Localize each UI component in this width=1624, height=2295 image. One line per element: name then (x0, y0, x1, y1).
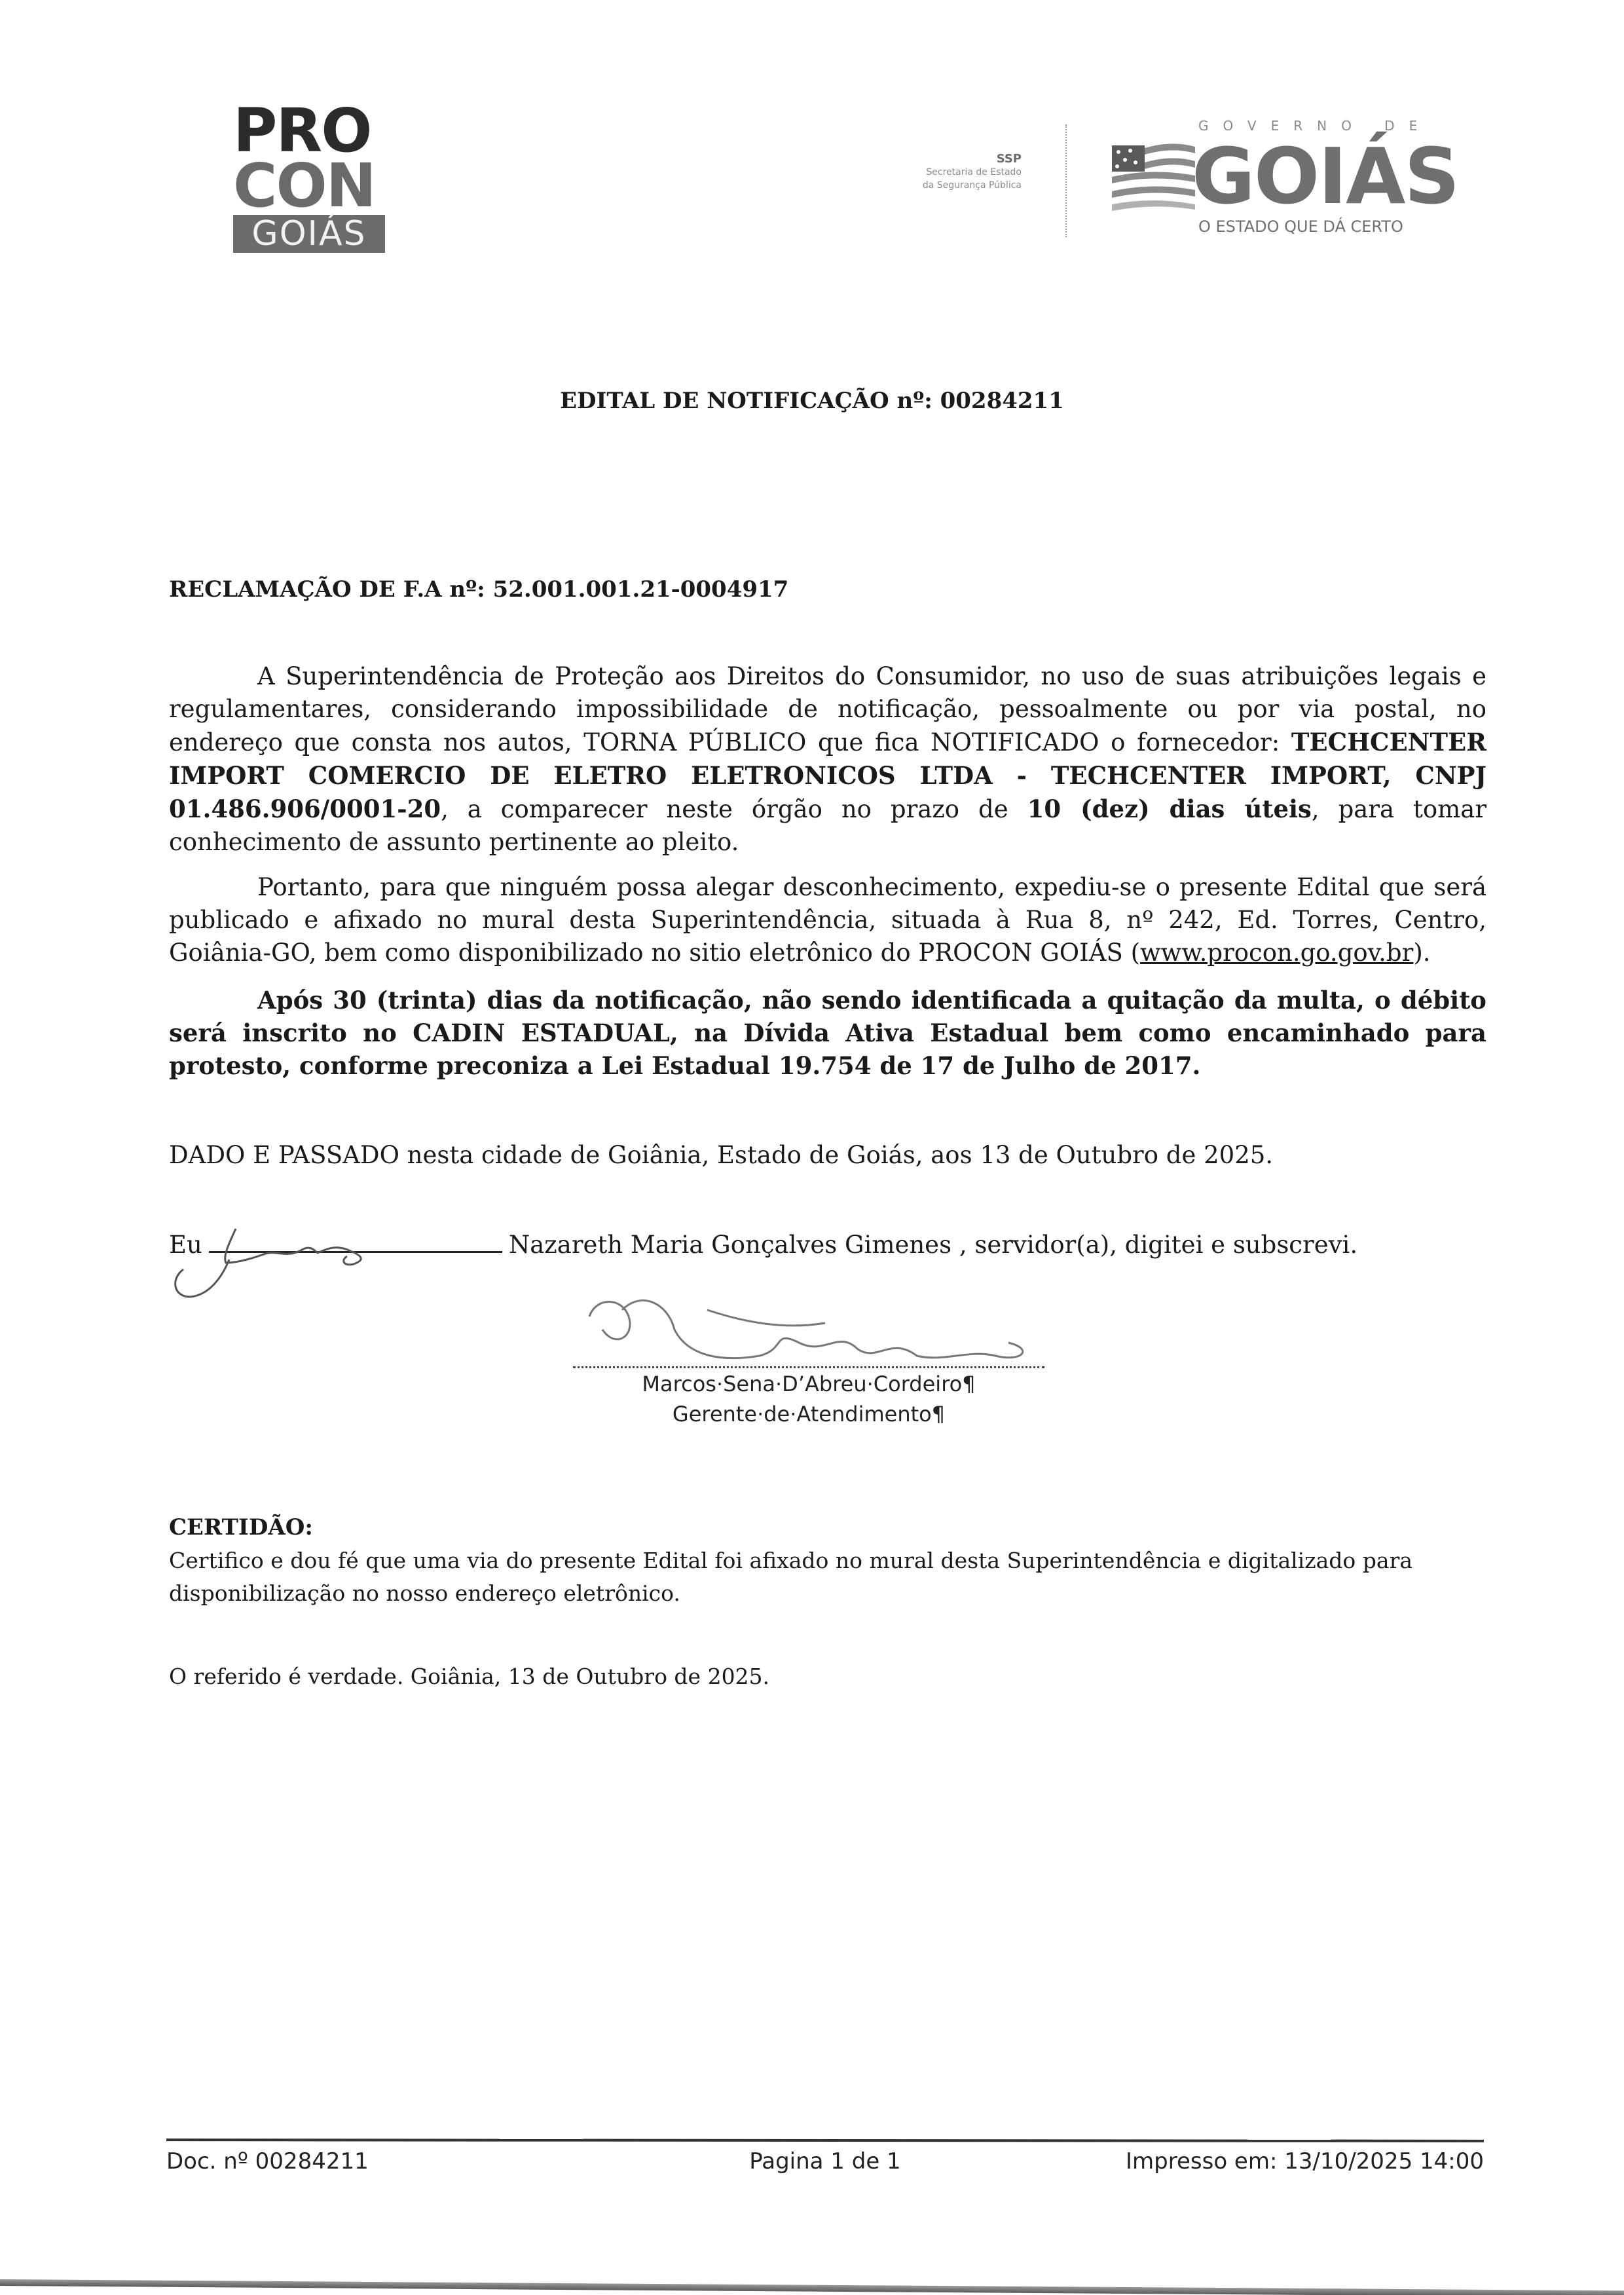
servidor-name: Nazareth Maria Gonçalves Gimenes , servi… (509, 1231, 1357, 1259)
certidao-body: Certifico e dou fé que uma via do presen… (169, 1544, 1413, 1610)
ssp-line2: da Segurança Pública (864, 179, 1022, 192)
ssp-logo: SSP Secretaria de Estado da Segurança Pú… (864, 152, 1022, 192)
logo-con: CON (233, 160, 388, 212)
paragraph-cadin-warning: Após 30 (trinta) dias da notificação, nã… (169, 984, 1486, 1082)
logo-pro: PRO (233, 105, 388, 157)
dado-passado: DADO E PASSADO nesta cidade de Goiânia, … (169, 1141, 1273, 1169)
servidor-signature-icon (164, 1223, 426, 1302)
certidao-title: CERTIDÃO: (169, 1514, 313, 1540)
manager-block: Marcos·Sena·D’Abreu·Cordeiro¶ Gerente·de… (573, 1369, 1044, 1429)
header-divider (1065, 124, 1067, 237)
manager-name: Marcos·Sena·D’Abreu·Cordeiro¶ (573, 1369, 1044, 1399)
procon-goias-logo: PRO CON GOIÁS (233, 105, 388, 254)
referido-statement: O referido é verdade. Goiânia, 13 de Out… (169, 1664, 769, 1689)
deadline: 10 (dez) dias úteis (1027, 794, 1312, 823)
footer-divider (166, 2138, 1484, 2142)
goias-flag-icon (1107, 139, 1198, 211)
governo-goias-logo: GOVERNO DE GOIÁS O ESTADO QUE DÁ CERTO (1107, 118, 1454, 242)
paragraph-notification: A Superintendência de Proteção aos Direi… (169, 660, 1486, 859)
edital-title: EDITAL DE NOTIFICAÇÃO nº: 00284211 (0, 388, 1624, 414)
scan-edge-shadow (0, 2279, 1624, 2295)
footer-printed-date: Impresso em: 13/10/2025 14:00 (1126, 2148, 1484, 2174)
gov-slogan: O ESTADO QUE DÁ CERTO (1198, 217, 1403, 236)
p1-intro: A Superintendência de Proteção aos Direi… (169, 662, 1486, 756)
manager-signature-line (573, 1366, 1044, 1368)
ssp-acronym: SSP (864, 152, 1022, 166)
logo-goias-band: GOIÁS (233, 215, 385, 253)
p3-text: Após 30 (trinta) dias da notificação, nã… (169, 984, 1486, 1082)
procon-website-link[interactable]: www.procon.go.gov.br (1140, 939, 1413, 967)
manager-role: Gerente·de·Atendimento¶ (573, 1399, 1044, 1429)
manager-signature-icon (576, 1290, 1074, 1369)
gov-goias-word: GOIÁS (1192, 131, 1458, 221)
reclamacao-number: RECLAMAÇÃO DE F.A nº: 52.001.001.21-0004… (169, 576, 788, 603)
p1-middle: , a comparecer neste órgão no prazo de (441, 795, 1027, 823)
ssp-line1: Secretaria de Estado (864, 166, 1022, 179)
paragraph-publication: Portanto, para que ninguém possa alegar … (169, 871, 1486, 969)
p2-end: ). (1413, 939, 1430, 967)
